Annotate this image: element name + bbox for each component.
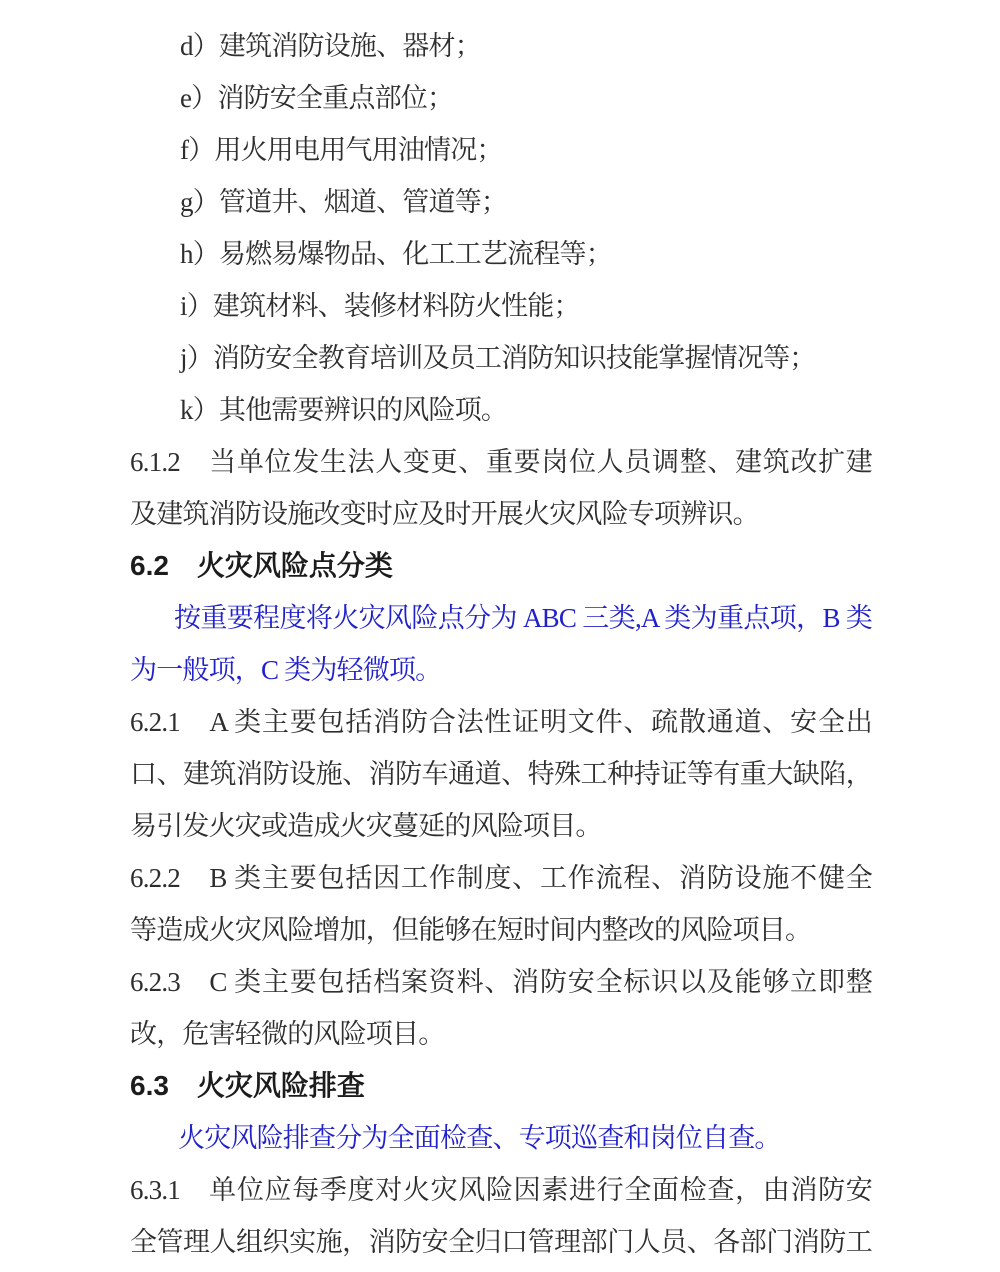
- doc-line-6: i）建筑材料、装修材料防火性能；: [130, 280, 872, 332]
- doc-line-2: e）消防安全重点部位；: [130, 72, 872, 124]
- doc-line-16: 易引发火灾或造成火灾蔓延的风险项目。: [130, 800, 872, 852]
- document-content: d）建筑消防设施、器材；e）消防安全重点部位；f）用火用电用气用油情况；g）管道…: [130, 20, 872, 1268]
- document-page: d）建筑消防设施、器材；e）消防安全重点部位；f）用火用电用气用油情况；g）管道…: [0, 0, 1000, 1272]
- doc-line-7: j）消防安全教育培训及员工消防知识技能掌握情况等；: [130, 332, 872, 384]
- doc-line-5: h）易燃易爆物品、化工工艺流程等；: [130, 228, 872, 280]
- doc-line-1: d）建筑消防设施、器材；: [130, 20, 872, 72]
- doc-line-15: 口、建筑消防设施、消防车通道、特殊工种持证等有重大缺陷，: [130, 748, 872, 800]
- doc-line-18: 等造成火灾风险增加，但能够在短时间内整改的风险项目。: [130, 904, 872, 956]
- doc-line-24: 全管理人组织实施，消防安全归口管理部门人员、各部门消防工: [130, 1216, 872, 1268]
- doc-line-11: 6.2 火灾风险点分类: [130, 540, 872, 592]
- doc-line-22: 火灾风险排查分为全面检查、专项巡查和岗位自查。: [130, 1112, 872, 1164]
- doc-line-13: 为一般项，C 类为轻微项。: [130, 644, 872, 696]
- doc-line-12: 按重要程度将火灾风险点分为 ABC 三类,A 类为重点项，B 类: [130, 592, 872, 644]
- doc-line-8: k）其他需要辨识的风险项。: [130, 384, 872, 436]
- doc-line-14: 6.2.1 A 类主要包括消防合法性证明文件、疏散通道、安全出: [130, 696, 872, 748]
- doc-line-10: 及建筑消防设施改变时应及时开展火灾风险专项辨识。: [130, 488, 872, 540]
- doc-line-23: 6.3.1 单位应每季度对火灾风险因素进行全面检查，由消防安: [130, 1164, 872, 1216]
- doc-line-3: f）用火用电用气用油情况；: [130, 124, 872, 176]
- doc-line-9: 6.1.2 当单位发生法人变更、重要岗位人员调整、建筑改扩建: [130, 436, 872, 488]
- doc-line-4: g）管道井、烟道、管道等；: [130, 176, 872, 228]
- doc-line-17: 6.2.2 B 类主要包括因工作制度、工作流程、消防设施不健全: [130, 852, 872, 904]
- doc-line-21: 6.3 火灾风险排查: [130, 1060, 872, 1112]
- doc-line-19: 6.2.3 C 类主要包括档案资料、消防安全标识以及能够立即整: [130, 956, 872, 1008]
- doc-line-20: 改，危害轻微的风险项目。: [130, 1008, 872, 1060]
